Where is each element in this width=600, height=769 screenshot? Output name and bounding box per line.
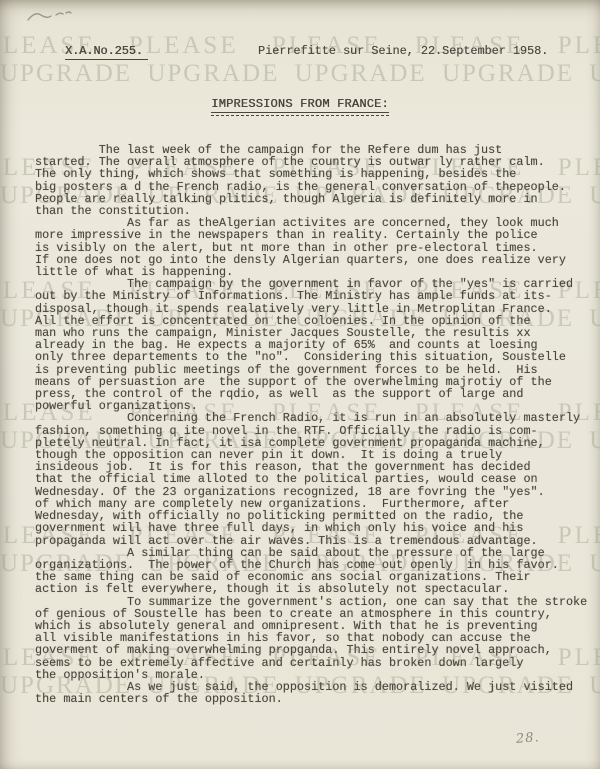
document-title-text: IMPRESSIONS FROM FRANCE: [211, 97, 389, 113]
reference-number: X.A.No.255. [65, 44, 148, 60]
body-text: The last week of the campaign for the Re… [35, 144, 600, 705]
document-header: X.A.No.255. Pierrefitte sur Seine, 22.Se… [0, 44, 600, 60]
text-line: more impressive in the newspapers than i… [35, 229, 600, 241]
text-line: action is felt everywhere, though it is … [35, 583, 600, 595]
document-title: IMPRESSIONS FROM FRANCE: [0, 97, 600, 113]
dateline: Pierrefitte sur Seine, 22.September 1958… [258, 44, 548, 58]
text-line: only three departements to the "no". Con… [35, 351, 600, 363]
text-line: is visibly on the alert, but nt more tha… [35, 242, 600, 254]
text-line: that the official time alloted to the po… [35, 473, 600, 485]
text-line: government will have three full days, in… [35, 522, 600, 534]
text-line: disposal, though it spends realatively v… [35, 303, 600, 315]
text-line: big posters a d the French radio, is the… [35, 181, 600, 193]
watermark-upgrade-row: UPGRADE UPGRADE UPGRADE UPGRADE UPGRADE [0, 61, 600, 86]
text-line: out by the Ministry of Informations. The… [35, 290, 600, 302]
document-page: PLEASE PLEASE PLEASE PLEASE PLEASEUPGRAD… [0, 0, 600, 769]
text-line: goverment of making overwhelming propgan… [35, 644, 600, 656]
pencil-mark [24, 6, 74, 30]
text-line: the main centers of the opposition. [35, 693, 600, 705]
text-line: propaganda will act over the air waves. … [35, 535, 600, 547]
page-number: 28. [516, 730, 541, 747]
text-line: To summarize the government's action, on… [35, 596, 600, 608]
text-line: Concerning the French Radio, it is run i… [35, 412, 600, 424]
text-line: seems to be extremely affective and cert… [35, 657, 600, 669]
text-line: The only thing, which shows that somethi… [35, 168, 600, 180]
